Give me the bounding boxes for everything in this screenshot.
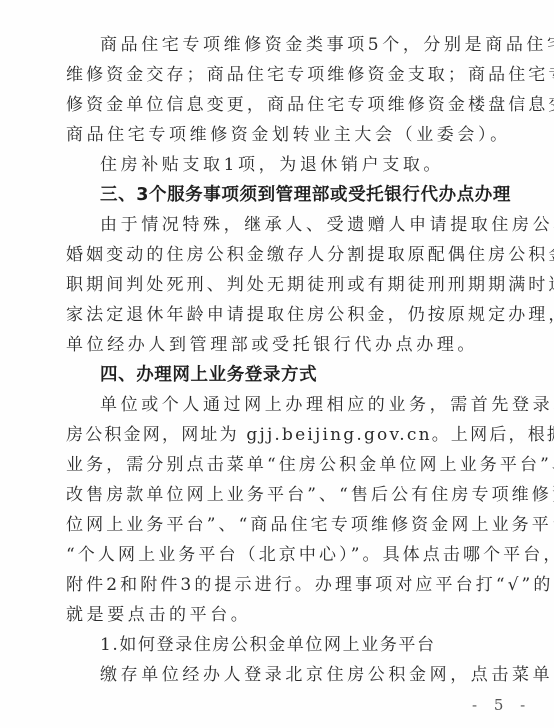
paragraph-line: 维修资金交存；商品住宅专项维修资金支取；商品住宅专项维 [66,64,498,86]
paragraph-line: 职期间判处死刑、判处无期徒刑或有期徒刑刑期期满时达到国 [66,274,498,296]
paragraph-line: 业务，需分别点击菜单“住房公积金单位网上业务平台”、“房 [66,454,498,476]
paragraph-line: 商品住宅专项维修资金划转业主大会（业委会）。 [66,124,498,146]
paragraph-line: 住房补贴支取1项，为退休销户支取。 [100,154,532,176]
paragraph-line: 缴存单位经办人登录北京住房公积金网，点击菜单“单位 [100,664,532,686]
paragraph-line: “个人网上业务平台（北京中心）”。具体点击哪个平台，可按 [66,544,498,566]
paragraph-line: 由于情况特殊，继承人、受遗赠人申请提取住房公积金； [100,214,532,236]
paragraph-line: 商品住宅专项维修资金类事项5个，分别是商品住宅专项 [100,34,532,56]
paragraph-line: 附件2和附件3的提示进行。办理事项对应平台打“√”的， [66,574,498,596]
paragraph-line: 单位或个人通过网上办理相应的业务，需首先登录北京住 [100,394,532,416]
paragraph-line: 位网上业务平台”、“商品住宅专项维修资金网上业务平台”或 [66,514,498,536]
paragraph-line: 婚姻变动的住房公积金缴存人分割提取原配偶住房公积金；在 [66,244,498,266]
paragraph-line-url: 房公积金网，网址为 gjj.beijing.gov.cn。上网后，根据所办 [66,424,498,446]
section-heading-4: 四、办理网上业务登录方式 [100,364,532,386]
page-number: - 5 - [472,696,531,714]
paragraph-line: 修资金单位信息变更，商品住宅专项维修资金楼盘信息变更； [66,94,498,116]
paragraph-line: 就是要点击的平台。 [66,604,498,626]
paragraph-line: 单位经办人到管理部或受托银行代办点办理。 [66,334,498,356]
document-page: 商品住宅专项维修资金类事项5个，分别是商品住宅专项 维修资金交存；商品住宅专项维… [0,0,554,728]
subsection-heading-1: 1.如何登录住房公积金单位网上业务平台 [100,634,532,656]
section-heading-3: 三、3个服务事项须到管理部或受托银行代办点办理 [100,184,532,206]
paragraph-line: 改售房款单位网上业务平台”、“售后公有住房专项维修资金单 [66,484,498,506]
paragraph-line: 家法定退休年龄申请提取住房公积金，仍按原规定办理，即由 [66,304,498,326]
